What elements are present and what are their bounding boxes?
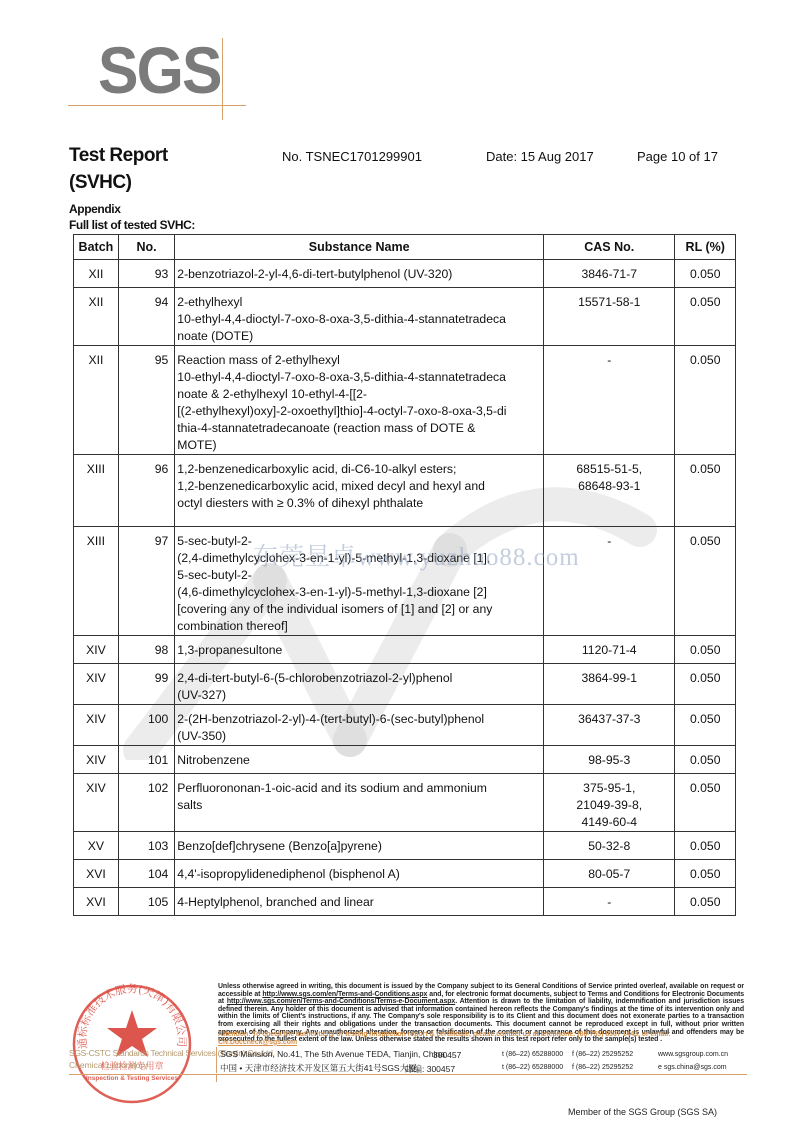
cell-cas-number: 98-95-3 xyxy=(544,746,675,774)
cell-reporting-limit: 0.050 xyxy=(675,664,736,705)
cell-substance-name: 2,4-di-tert-butyl-6-(5-chlorobenzotriazo… xyxy=(175,664,544,705)
cell-batch: XVI xyxy=(74,888,119,916)
cell-number: 104 xyxy=(118,860,174,888)
logo-text: SGS xyxy=(98,32,221,108)
table-row: XIV992,4-di-tert-butyl-6-(5-chlorobenzot… xyxy=(74,664,736,705)
table-body: XII932-benzotriazol-2-yl-4,6-di-tert-but… xyxy=(74,260,736,916)
doccheck-email-link[interactable]: CN.Doccheck@sgs.com xyxy=(218,1039,297,1046)
cell-batch: XII xyxy=(74,260,119,288)
inspection-stamp: 通标标准技术服务(天津)有限公司 检验检测专用章 Inspection & Te… xyxy=(70,982,194,1106)
cell-substance-name: Reaction mass of 2-ethylhexyl 10-ethyl-4… xyxy=(175,346,544,455)
cell-number: 93 xyxy=(118,260,174,288)
cell-cas-number: 3846-71-7 xyxy=(544,260,675,288)
cell-cas-number: - xyxy=(544,527,675,636)
cell-substance-name: Benzo[def]chrysene (Benzo[a]pyrene) xyxy=(175,832,544,860)
address-divider xyxy=(216,1047,217,1073)
cell-substance-name: Nitrobenzene xyxy=(175,746,544,774)
cell-substance-name: 4,4'-isopropylidenediphenol (bisphenol A… xyxy=(175,860,544,888)
cell-reporting-limit: 0.050 xyxy=(675,636,736,664)
table-row: XIV981,3-propanesultone1120-71-40.050 xyxy=(74,636,736,664)
cell-cas-number: - xyxy=(544,888,675,916)
cell-batch: XII xyxy=(74,288,119,346)
report-title: Test Report xyxy=(69,145,168,167)
cell-reporting-limit: 0.050 xyxy=(675,527,736,636)
appendix-heading: Appendix xyxy=(69,202,120,216)
cell-substance-name: 2-benzotriazol-2-yl-4,6-di-tert-butylphe… xyxy=(175,260,544,288)
cell-batch: XIII xyxy=(74,455,119,527)
cell-cas-number: 80-05-7 xyxy=(544,860,675,888)
postcode-en: 300457 xyxy=(433,1050,461,1060)
phone-cn: t (86–22) 65288000 xyxy=(502,1064,563,1071)
table-row: XII942-ethylhexyl 10-ethyl-4,4-dioctyl-7… xyxy=(74,288,736,346)
table-row: XII95Reaction mass of 2-ethylhexyl 10-et… xyxy=(74,346,736,455)
table-row: XIV1002-(2H-benzotriazol-2-yl)-4-(tert-b… xyxy=(74,705,736,746)
cell-cas-number: 36437-37-3 xyxy=(544,705,675,746)
cell-cas-number: 3864-99-1 xyxy=(544,664,675,705)
cell-cas-number: 1120-71-4 xyxy=(544,636,675,664)
cell-batch: XIV xyxy=(74,705,119,746)
cell-reporting-limit: 0.050 xyxy=(675,860,736,888)
cell-number: 96 xyxy=(118,455,174,527)
table-row: XII932-benzotriazol-2-yl-4,6-di-tert-but… xyxy=(74,260,736,288)
list-heading: Full list of tested SVHC: xyxy=(69,218,195,232)
fax-cn: f (86–22) 25295252 xyxy=(572,1064,633,1071)
table-header-row: Batch No. Substance Name CAS No. RL (%) xyxy=(74,235,736,260)
cell-number: 94 xyxy=(118,288,174,346)
cell-reporting-limit: 0.050 xyxy=(675,746,736,774)
cell-number: 103 xyxy=(118,832,174,860)
column-header-cas: CAS No. xyxy=(544,235,675,260)
cell-substance-name: 2-(2H-benzotriazol-2-yl)-4-(tert-butyl)-… xyxy=(175,705,544,746)
stamp-center-en: Inspection & Testing Services xyxy=(86,1075,178,1082)
table-row: XV103Benzo[def]chrysene (Benzo[a]pyrene)… xyxy=(74,832,736,860)
cell-batch: XIII xyxy=(74,527,119,636)
svhc-table: Batch No. Substance Name CAS No. RL (%) … xyxy=(73,234,736,916)
fax-en: f (86–22) 25295252 xyxy=(572,1051,633,1058)
cell-substance-name: 1,2-benzenedicarboxylic acid, di-C6-10-a… xyxy=(175,455,544,527)
table-row: XVI1044,4'-isopropylidenediphenol (bisph… xyxy=(74,860,736,888)
column-header-batch: Batch xyxy=(74,235,119,260)
cell-batch: XVI xyxy=(74,860,119,888)
cell-number: 105 xyxy=(118,888,174,916)
cell-batch: XIV xyxy=(74,636,119,664)
cell-reporting-limit: 0.050 xyxy=(675,455,736,527)
page-number: Page 10 of 17 xyxy=(637,149,718,164)
cell-batch: XV xyxy=(74,832,119,860)
sgs-logo: SGS xyxy=(68,38,240,108)
cell-reporting-limit: 0.050 xyxy=(675,888,736,916)
phone-en: t (86–22) 65288000 xyxy=(502,1051,563,1058)
address-en: SGS Mansion, No.41, The 5th Avenue TEDA,… xyxy=(220,1049,445,1059)
cell-number: 95 xyxy=(118,346,174,455)
column-header-rl: RL (%) xyxy=(675,235,736,260)
cell-reporting-limit: 0.050 xyxy=(675,260,736,288)
terms-link[interactable]: http://www.sgs.com/en/Terms-and-Conditio… xyxy=(262,991,427,998)
table-row: XIII961,2-benzenedicarboxylic acid, di-C… xyxy=(74,455,736,527)
report-date: Date: 15 Aug 2017 xyxy=(486,149,594,164)
cell-substance-name: 4-Heptylphenol, branched and linear xyxy=(175,888,544,916)
cell-cas-number: - xyxy=(544,346,675,455)
cell-cas-number: 375-95-1, 21049-39-8, 4149-60-4 xyxy=(544,774,675,832)
cell-reporting-limit: 0.050 xyxy=(675,705,736,746)
attention-text: Attention: To check the authenticity of … xyxy=(218,1031,670,1038)
column-header-substance: Substance Name xyxy=(175,235,544,260)
column-header-no: No. xyxy=(118,235,174,260)
logo-rule-horizontal xyxy=(68,105,246,106)
contact-email[interactable]: e sgs.china@sgs.com xyxy=(658,1064,727,1071)
table-row: XIV101Nitrobenzene98-95-30.050 xyxy=(74,746,736,774)
address-cn: 中国 • 天津市经济技术开发区第五大街41号SGS大厦 xyxy=(220,1062,417,1074)
cell-substance-name: 1,3-propanesultone xyxy=(175,636,544,664)
cell-reporting-limit: 0.050 xyxy=(675,346,736,455)
table-row: XIV102Perfluorononan-1-oic-acid and its … xyxy=(74,774,736,832)
cell-reporting-limit: 0.050 xyxy=(675,774,736,832)
cell-reporting-limit: 0.050 xyxy=(675,832,736,860)
cell-batch: XII xyxy=(74,346,119,455)
cell-number: 100 xyxy=(118,705,174,746)
footer-rule-tick xyxy=(216,1074,217,1082)
e-terms-link[interactable]: http://www.sgs.com/en/Terms-and-Conditio… xyxy=(227,998,455,1005)
logo-rule-vertical xyxy=(222,38,223,120)
table-row: XVI1054-Heptylphenol, branched and linea… xyxy=(74,888,736,916)
cell-cas-number: 50-32-8 xyxy=(544,832,675,860)
authenticity-notice: Attention: To check the authenticity of … xyxy=(218,1031,748,1046)
table-row: XIII975-sec-butyl-2- (2,4-dimethylcycloh… xyxy=(74,527,736,636)
cell-substance-name: 5-sec-butyl-2- (2,4-dimethylcyclohex-3-e… xyxy=(175,527,544,636)
cell-number: 98 xyxy=(118,636,174,664)
cell-number: 99 xyxy=(118,664,174,705)
cell-cas-number: 68515-51-5, 68648-93-1 xyxy=(544,455,675,527)
report-subtitle: (SVHC) xyxy=(69,172,131,194)
cell-batch: XIV xyxy=(74,746,119,774)
lab-department: Chemical Laboratory xyxy=(69,1060,147,1070)
cell-substance-name: 2-ethylhexyl 10-ethyl-4,4-dioctyl-7-oxo-… xyxy=(175,288,544,346)
cell-substance-name: Perfluorononan-1-oic-acid and its sodium… xyxy=(175,774,544,832)
website[interactable]: www.sgsgroup.com.cn xyxy=(658,1051,728,1058)
cell-number: 97 xyxy=(118,527,174,636)
report-number: No. TSNEC1701299901 xyxy=(282,149,422,164)
cell-batch: XIV xyxy=(74,664,119,705)
cell-number: 102 xyxy=(118,774,174,832)
cell-number: 101 xyxy=(118,746,174,774)
group-membership: Member of the SGS Group (SGS SA) xyxy=(568,1107,717,1117)
cell-reporting-limit: 0.050 xyxy=(675,288,736,346)
cell-cas-number: 15571-58-1 xyxy=(544,288,675,346)
footer-rule xyxy=(69,1074,747,1075)
cell-batch: XIV xyxy=(74,774,119,832)
